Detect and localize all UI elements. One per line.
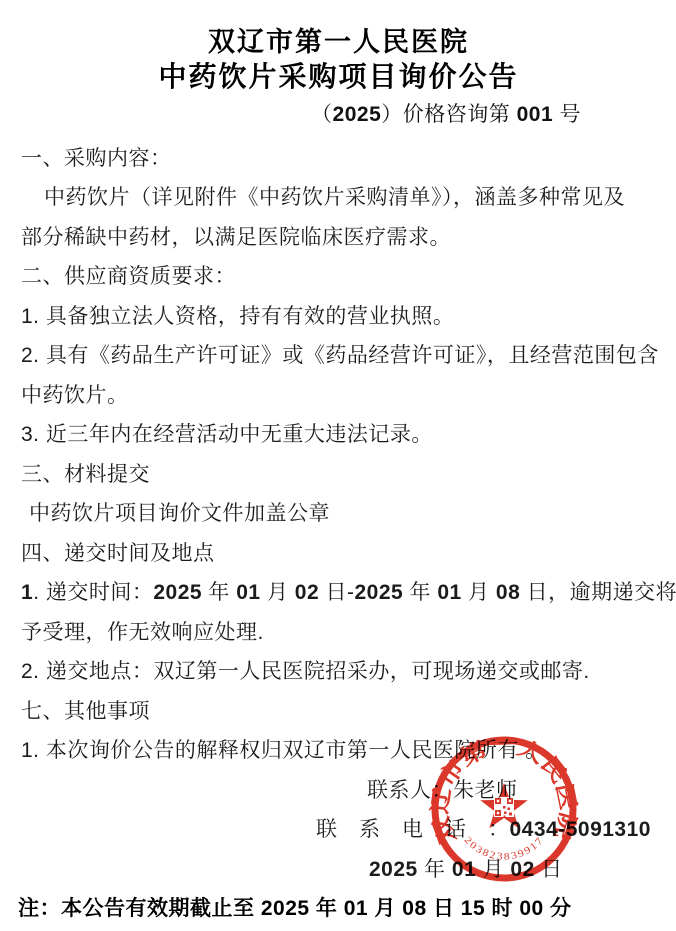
announcement-title: 中药饮片采购项目询价公告 — [21, 59, 656, 95]
section2-item3: 3. 近三年内在经营活动中无重大违法记录。 — [21, 415, 656, 455]
hospital-title: 双辽市第一人民医院 — [21, 25, 656, 59]
section2-item1: 1. 具备独立法人资格，持有有效的营业执照。 — [21, 297, 656, 337]
section4-item2: 2. 递交地点：双辽第一人民医院招采办，可现场递交或邮寄. — [21, 652, 656, 692]
section4-heading: 四、递交时间及地点 — [21, 534, 656, 574]
section7-heading: 七、其他事项 — [21, 692, 656, 732]
section2-heading: 二、供应商资质要求： — [21, 257, 656, 297]
validity-note: 注：本公告有效期截止至 2025 年 01 月 08 日 15 时 00 分 — [18, 889, 656, 929]
section2-item2-line1: 2. 具有《药品生产许可证》或《药品经营许可证》，且经营范围包含 — [21, 336, 656, 376]
contact-person-line: 联系人：朱老师 — [21, 771, 656, 811]
document-number: （2025）价格咨询第 001 号 — [21, 95, 656, 135]
section3-line1: 中药饮片项目询价文件加盖公章 — [21, 494, 656, 534]
announcement-document: 双辽市第一人民医院 中药饮片采购项目询价公告 （2025）价格咨询第 001 号… — [0, 0, 676, 929]
section3-heading: 三、材料提交 — [21, 455, 656, 495]
section2-item2-line2: 中药饮片。 — [21, 376, 656, 416]
contact-phone-line: 联 系 电 话 ：0434-5091310 — [21, 810, 656, 850]
section1-heading: 一、采购内容： — [21, 139, 656, 179]
document-body: 一、采购内容： 中药饮片（详见附件《中药饮片采购清单》），涵盖多种常见及 部分稀… — [21, 139, 656, 929]
section4-item1-line2: 予受理，作无效响应处理. — [21, 613, 656, 653]
section1-paragraph-line2: 部分稀缺中药材，以满足医院临床医疗需求。 — [21, 218, 656, 258]
section4-item1-line1: 1. 递交时间：2025 年 01 月 02 日-2025 年 01 月 08 … — [21, 573, 656, 613]
signature-date-line: 2025 年 01 月 02 日 — [21, 850, 656, 890]
section7-item1: 1. 本次询价公告的解释权归双辽市第一人民医院所有 。 — [21, 731, 656, 771]
section1-paragraph-line1: 中药饮片（详见附件《中药饮片采购清单》），涵盖多种常见及 — [21, 178, 656, 218]
document-page: 双辽市第一人民医院 中药饮片采购项目询价公告 （2025）价格咨询第 001 号… — [0, 0, 676, 931]
